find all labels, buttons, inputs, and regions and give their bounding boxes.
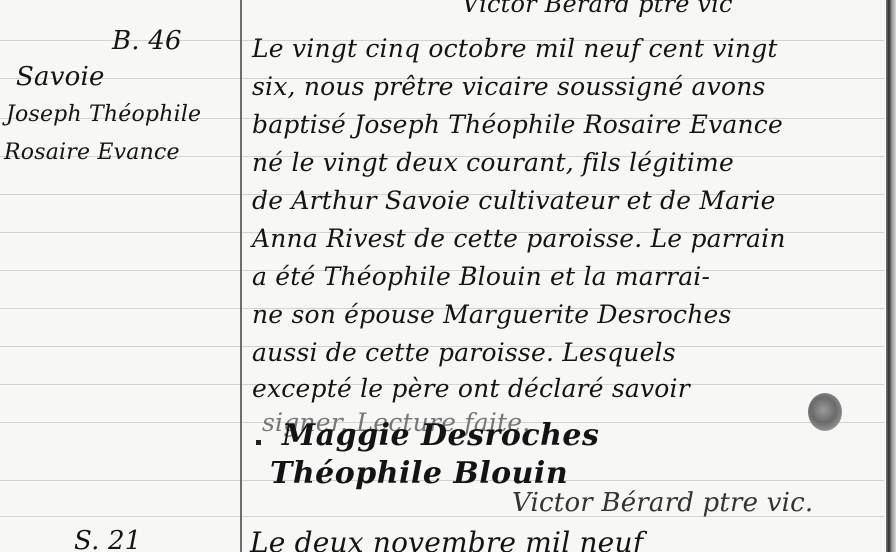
entry-line: six, nous prêtre vicaire soussigné avons	[252, 72, 766, 101]
signature-priest: Victor Bérard ptre vic.	[512, 488, 813, 518]
margin-given-names-1: Joseph Théophile	[6, 102, 201, 127]
next-entry-line: Le deux novembre mil neuf	[250, 526, 643, 552]
entry-line: aussi de cette paroisse. Lesquels	[252, 338, 676, 367]
entry-line: Le vingt cinq octobre mil neuf cent ving…	[252, 34, 778, 63]
entry-line: de Arthur Savoie cultivateur et de Marie	[252, 186, 776, 215]
signature-godmother: Maggie Desroches	[282, 418, 599, 453]
entry-line: baptisé Joseph Théophile Rosaire Evance	[252, 110, 783, 139]
entry-line: Anna Rivest de cette paroisse. Le parrai…	[252, 224, 786, 253]
margin-next-entry-code: S. 21	[74, 526, 142, 552]
margin-divider	[240, 0, 242, 552]
entry-line: né le vingt deux courant, fils légitime	[252, 148, 734, 177]
margin-surname: Savoie	[16, 62, 105, 92]
header-signature: Victor Bérard ptre vic	[462, 0, 733, 18]
entry-line: excepté le père ont déclaré savoir	[252, 374, 690, 403]
page-binding-edge	[886, 0, 896, 552]
margin-given-names-2: Rosaire Evance	[4, 140, 180, 165]
margin-entry-code: B. 46	[112, 26, 182, 56]
signature-godfather: Théophile Blouin	[270, 456, 568, 491]
seal-stamp	[808, 393, 842, 431]
register-page: Victor Bérard ptre vic B. 46 Savoie Jose…	[0, 0, 896, 552]
entry-line: ne son épouse Marguerite Desroches	[252, 300, 732, 329]
entry-line: a été Théophile Blouin et la marrai-	[252, 262, 710, 291]
ink-mark	[256, 440, 261, 445]
